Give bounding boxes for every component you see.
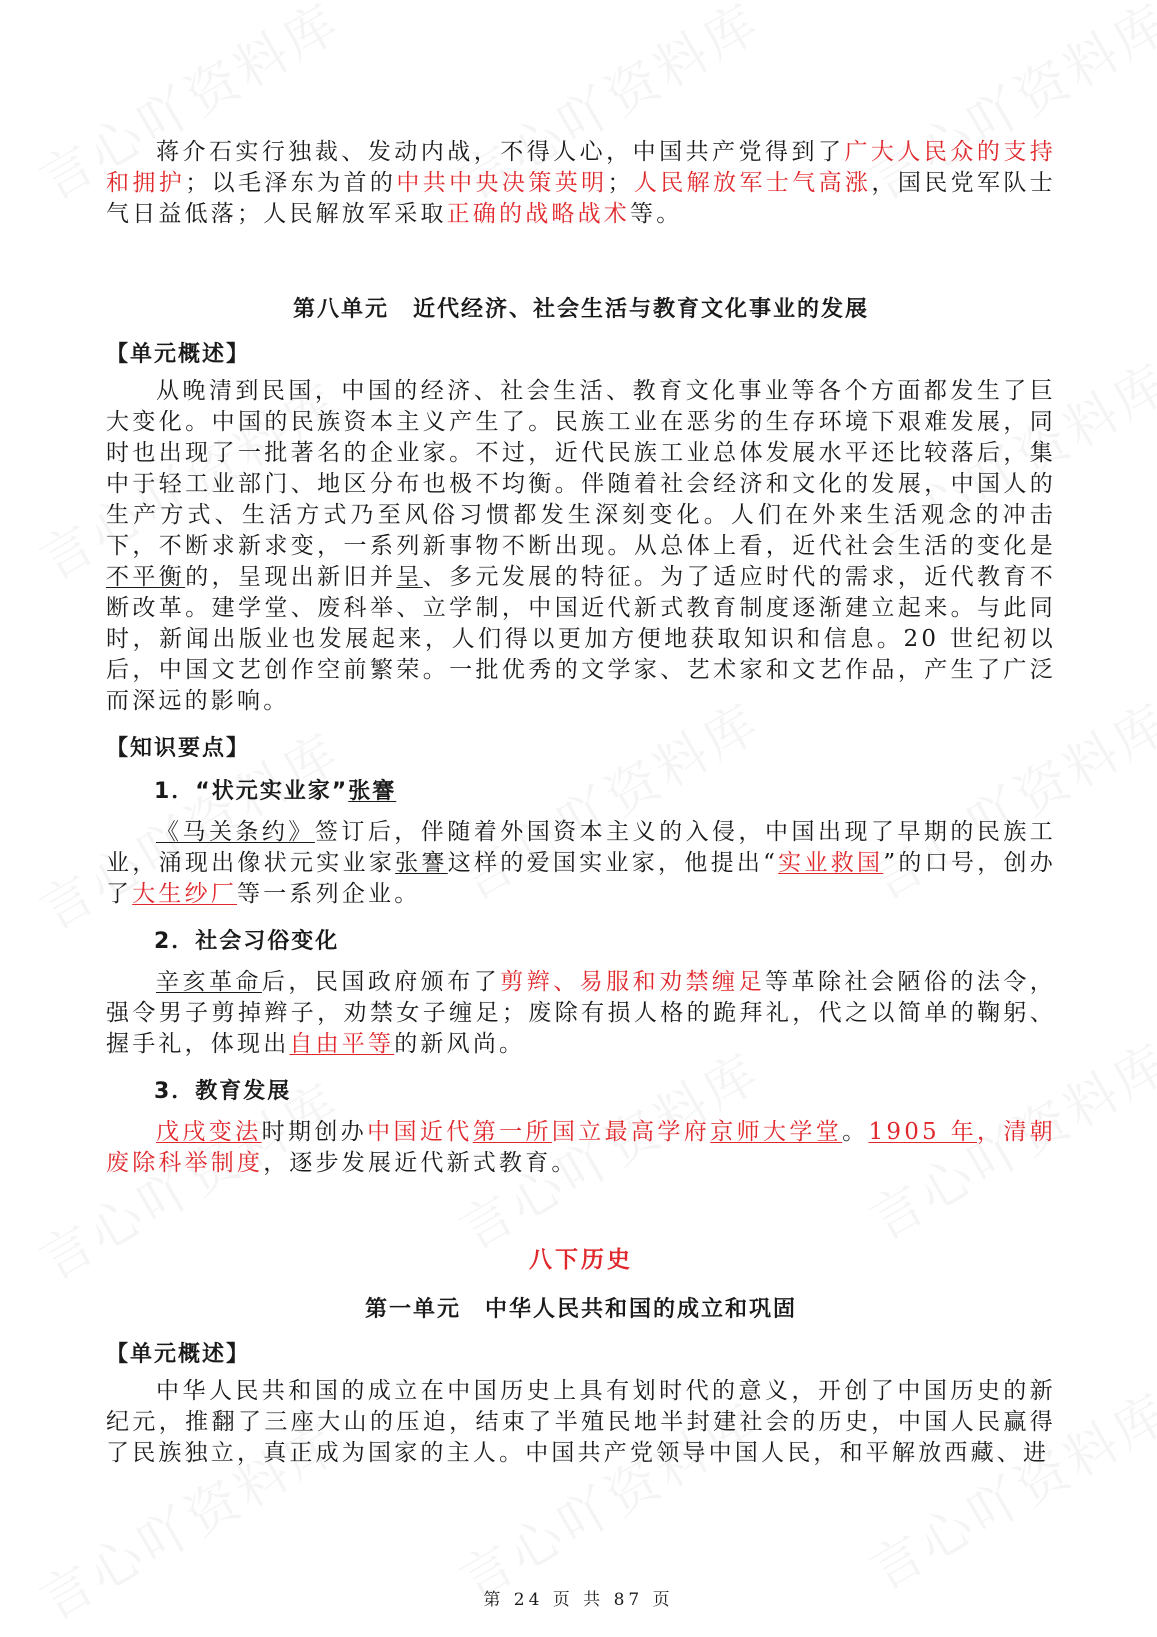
- point-title-text: 1．“状元实业家”: [154, 779, 348, 804]
- key-points-label: 【知识要点】: [106, 731, 1056, 762]
- intro-paragraph: 蒋介石实行独裁、发动内战，不得人心，中国共产党得到了广大人民众的支持和拥护；以毛…: [106, 137, 1056, 230]
- unit-8-overview: 从晚清到民国，中国的经济、社会生活、教育文化事业等各个方面都发生了巨大变化。中国…: [106, 376, 1056, 717]
- text-run: 蒋介石实行独裁、发动内战，不得人心，中国共产党得到了: [156, 139, 844, 165]
- point-2-title: 2．社会习俗变化: [106, 924, 1056, 955]
- unit-8-title: 第八单元 近代经济、社会生活与教育文化事业的发展: [106, 292, 1056, 323]
- grade-8b-history-title: 八下历史: [106, 1241, 1056, 1274]
- underlined-text: 张謇: [395, 850, 448, 876]
- unit-1-title: 第一单元 中华人民共和国的成立和巩固: [106, 1292, 1056, 1323]
- text-run: 这样的爱国实业家，他提出“: [448, 850, 778, 876]
- highlight-text: 国立最高学府: [552, 1119, 710, 1145]
- highlight-text: 剪辫、易服和劝禁缠足: [500, 969, 765, 995]
- highlight-text: 正确的战略战术: [447, 201, 630, 227]
- text-run: 。: [842, 1119, 868, 1145]
- unit-overview-label: 【单元概述】: [106, 1337, 1056, 1368]
- highlight-text: 自由平等: [289, 1031, 394, 1057]
- point-1-title: 1．“状元实业家”张謇: [106, 774, 1056, 805]
- text-run: 等。: [630, 201, 682, 227]
- point-3-paragraph: 戊戌变法时期创办中国近代第一所国立最高学府京师大学堂。1905 年，清朝废除科举…: [106, 1117, 1056, 1179]
- underlined-text: 呈: [396, 564, 422, 590]
- document-body: 蒋介石实行独裁、发动内战，不得人心，中国共产党得到了广大人民众的支持和拥护；以毛…: [106, 137, 1056, 1469]
- text-run: ，逐步发展近代新式教育。: [263, 1150, 577, 1176]
- document-page: 言心吖资料库 言心吖资料库 言心吖资料库 言心吖资料库 言心吖资料库 言心吖资料…: [0, 0, 1157, 1637]
- text-run: 从晚清到民国，中国的经济、社会生活、教育文化事业等各个方面都发生了巨大变化。中国…: [106, 378, 1056, 559]
- highlight-text: 人民解放军士气高涨: [634, 170, 872, 196]
- highlight-text: 中共中央决策英明: [396, 170, 607, 196]
- point-3-title: 3．教育发展: [106, 1074, 1056, 1105]
- point-2-paragraph: 辛亥革命后，民国政府颁布了剪辫、易服和劝禁缠足等革除社会陋俗的法令，强令男子剪掉…: [106, 967, 1056, 1060]
- highlight-text: 实业救国: [778, 850, 883, 876]
- highlight-text: 1905 年: [869, 1119, 977, 1145]
- page-number-footer: 第 24 页 共 87 页: [0, 1585, 1157, 1610]
- highlight-text: 大生纱厂: [132, 881, 237, 907]
- underlined-text: 不平衡: [106, 564, 185, 590]
- underlined-text: 辛亥革命: [156, 969, 262, 995]
- text-run: 等一系列企业。: [237, 881, 420, 907]
- underlined-text: 《马关条约》: [156, 819, 315, 845]
- highlight-text: 京师大学堂: [710, 1119, 842, 1145]
- text-run: ；以毛泽东为首的: [185, 170, 396, 196]
- text-run: ；: [608, 170, 634, 196]
- highlight-text: 第一所: [473, 1119, 552, 1145]
- unit-overview-label: 【单元概述】: [106, 337, 1056, 368]
- text-run: 的，呈现出新旧并: [185, 564, 396, 590]
- text-run: 的新风尚。: [394, 1031, 525, 1057]
- highlight-text: 中国近代: [367, 1119, 473, 1145]
- point-1-paragraph: 《马关条约》签订后，伴随着外国资本主义的入侵，中国出现了早期的民族工业，涌现出像…: [106, 817, 1056, 910]
- text-run: 时期创办: [262, 1119, 368, 1145]
- underlined-text: 张謇: [348, 779, 396, 804]
- text-run: 后，民国政府颁布了: [262, 969, 500, 995]
- highlight-text: 戊戌变法: [156, 1119, 262, 1145]
- unit-1-overview: 中华人民共和国的成立在中国历史上具有划时代的意义，开创了中国历史的新纪元，推翻了…: [106, 1376, 1056, 1469]
